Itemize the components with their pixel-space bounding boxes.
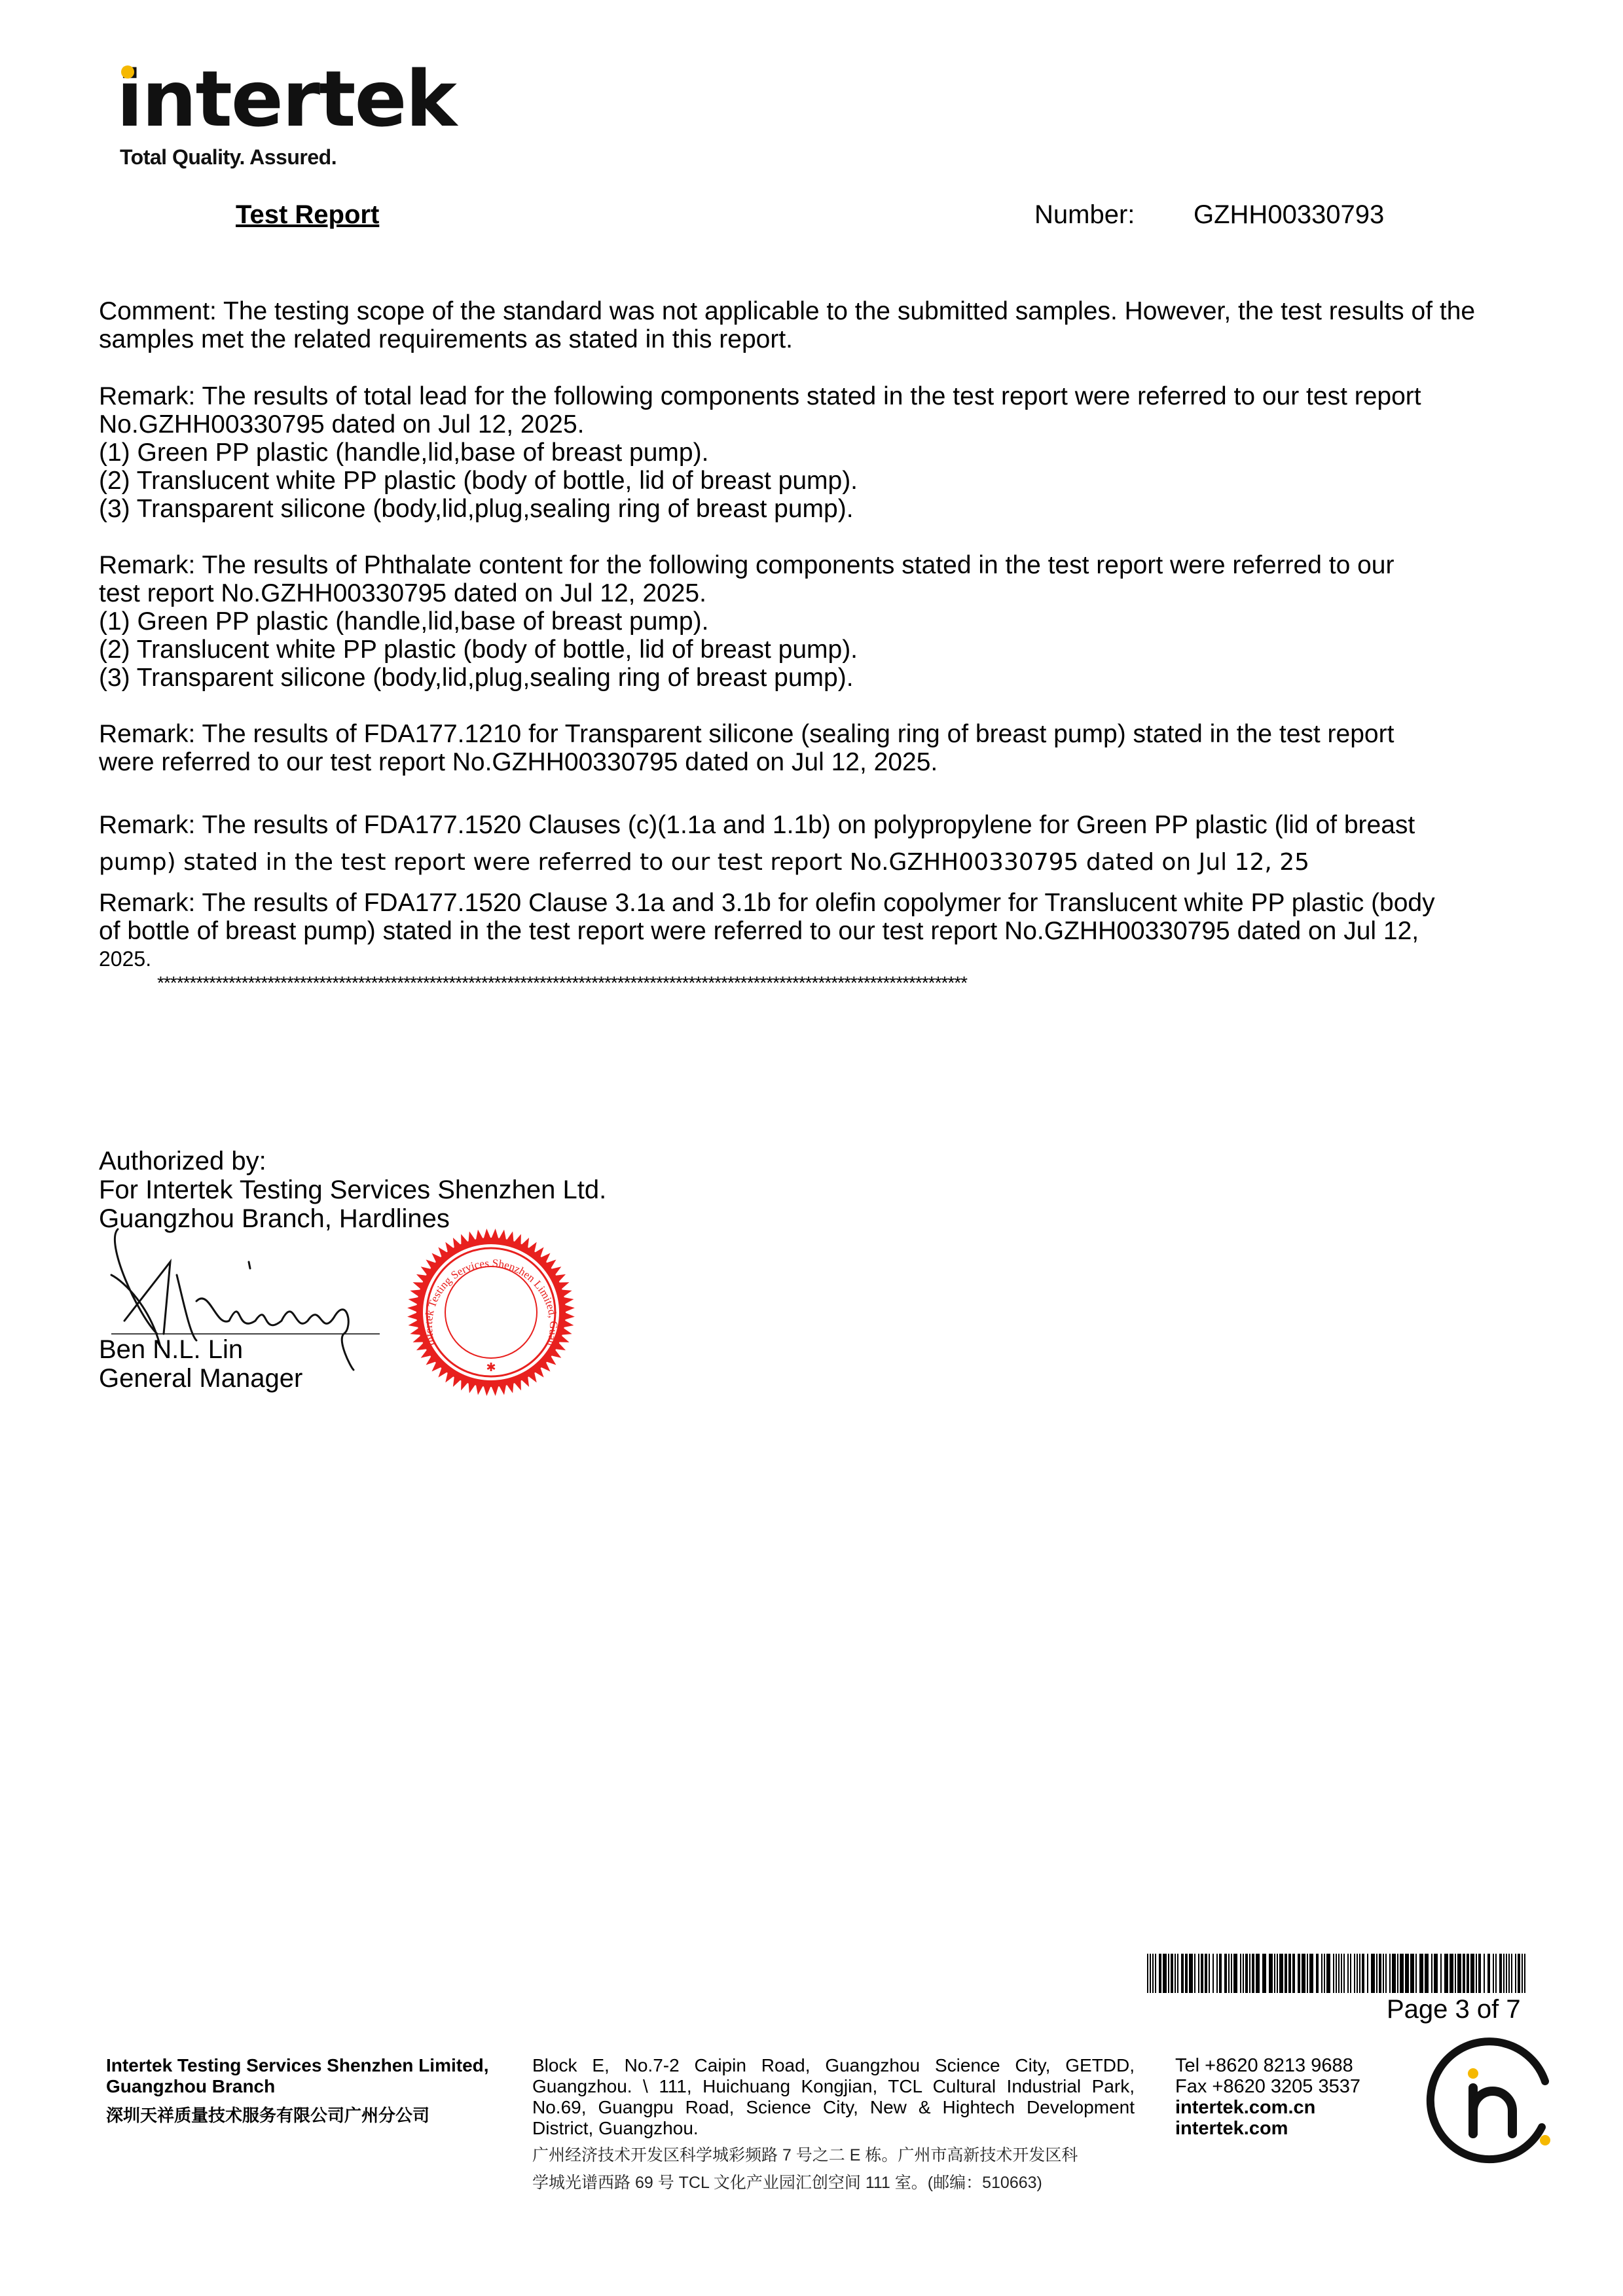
remark-phthalate: Remark: The results of Phthalate content… [99, 551, 1533, 692]
document-title: Test Report [236, 200, 379, 230]
remark-fda-177-1210: Remark: The results of FDA177.1210 for T… [99, 720, 1533, 776]
footer-contact: Tel +8620 8213 9688 Fax +8620 3205 3537 … [1175, 2055, 1360, 2139]
footer-company-line: Guangzhou Branch [106, 2076, 489, 2097]
remark-line: 2025. [99, 945, 1533, 973]
footer-address-cn: 广州经济技术开发区科学城彩频路 7 号之二 E 栋。广州市高新技术开发区科 学城… [532, 2142, 1148, 2197]
remark-line: Remark: The results of total lead for th… [99, 382, 1533, 410]
authorization-line: For Intertek Testing Services Shenzhen L… [99, 1175, 606, 1204]
footer-fax: Fax +8620 3205 3537 [1175, 2076, 1360, 2097]
authorization-block: Authorized by: For Intertek Testing Serv… [99, 1147, 606, 1233]
remark-line: Remark: The results of FDA177.1520 Claus… [99, 804, 1533, 846]
remark-list-item: (1) Green PP plastic (handle,lid,base of… [99, 607, 1533, 636]
remark-fda-177-1520-olefin: Remark: The results of FDA177.1520 Claus… [99, 889, 1533, 973]
footer-tel: Tel +8620 8213 9688 [1175, 2055, 1360, 2076]
intertek-logo: intertek [117, 60, 456, 137]
remark-list-item: (2) Translucent white PP plastic (body o… [99, 467, 1533, 495]
logo-tagline: Total Quality. Assured. [120, 145, 337, 170]
footer-company-line: Intertek Testing Services Shenzhen Limit… [106, 2055, 489, 2076]
remark-list-item: (2) Translucent white PP plastic (body o… [99, 636, 1533, 664]
remark-line: No.GZHH00330795 dated on Jul 12, 2025. [99, 410, 1533, 439]
page-indicator: Page 3 of 7 [1387, 1995, 1521, 2024]
end-of-remarks-marker: ****************************************… [157, 973, 967, 994]
remark-fda-177-1520-pp: Remark: The results of FDA177.1520 Claus… [99, 804, 1533, 879]
intertek-in-logo-icon [1421, 2036, 1558, 2173]
remark-list-item: (3) Transparent silicone (body,lid,plug,… [99, 664, 1533, 692]
report-number-label: Number: [1034, 200, 1135, 230]
svg-text:✱: ✱ [486, 1361, 496, 1374]
comment-line: Comment: The testing scope of the standa… [99, 297, 1533, 325]
footer-website-link[interactable]: intertek.com [1175, 2118, 1360, 2139]
remark-line: Remark: The results of Phthalate content… [99, 551, 1533, 579]
footer-address-cn-line: 广州经济技术开发区科学城彩频路 7 号之二 E 栋。广州市高新技术开发区科 [532, 2142, 1148, 2169]
company-seal-image: Intertek Testing Services Shenzhen Limit… [406, 1227, 576, 1397]
remark-line: Remark: The results of FDA177.1520 Claus… [99, 889, 1533, 917]
signer-block: Ben N.L. Lin General Manager [99, 1335, 302, 1393]
footer-company-name: Intertek Testing Services Shenzhen Limit… [106, 2055, 489, 2097]
footer-address: Block E, No.7-2 Caipin Road, Guangzhou S… [532, 2055, 1135, 2139]
report-number-value: GZHH00330793 [1194, 200, 1384, 230]
remark-line: of bottle of breast pump) stated in the … [99, 917, 1533, 945]
barcode-image [1147, 1954, 1527, 1993]
footer-company-name-cn: 深圳天祥质量技术服务有限公司广州分公司 [106, 2102, 429, 2126]
signer-name: Ben N.L. Lin [99, 1335, 302, 1364]
footer-website-cn-link[interactable]: intertek.com.cn [1175, 2097, 1360, 2118]
authorization-line: Authorized by: [99, 1147, 606, 1175]
remark-total-lead: Remark: The results of total lead for th… [99, 382, 1533, 523]
comment-line: samples met the related requirements as … [99, 325, 1533, 353]
footer-address-cn-line: 学城光谱西路 69 号 TCL 文化产业园汇创空间 111 室。(邮编：5106… [532, 2169, 1148, 2197]
remark-list-item: (3) Transparent silicone (body,lid,plug,… [99, 495, 1533, 523]
signer-title: General Manager [99, 1364, 302, 1393]
remark-line: Remark: The results of FDA177.1210 for T… [99, 720, 1533, 748]
remark-line: pump) stated in the test report were ref… [99, 846, 1533, 879]
remark-line: were referred to our test report No.GZHH… [99, 748, 1533, 776]
logo-dot-icon [121, 65, 134, 79]
remark-line: test report No.GZHH00330795 dated on Jul… [99, 579, 1533, 607]
comment-block: Comment: The testing scope of the standa… [99, 297, 1533, 353]
remark-list-item: (1) Green PP plastic (handle,lid,base of… [99, 439, 1533, 467]
